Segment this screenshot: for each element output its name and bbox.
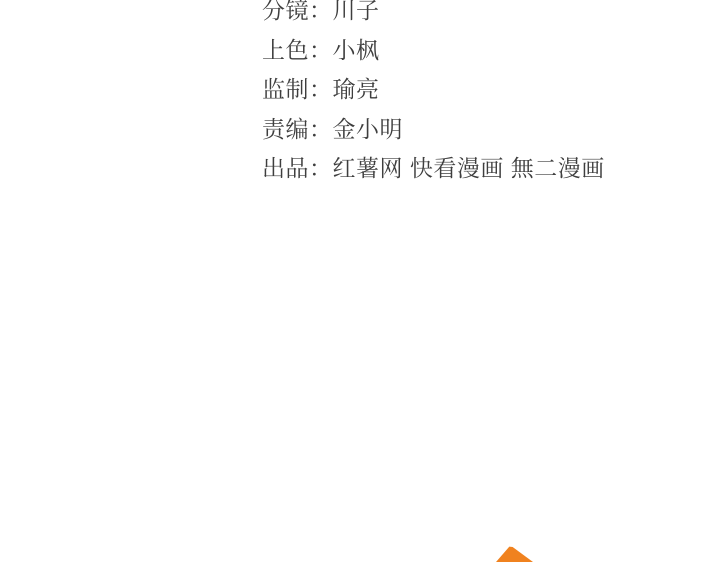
orange-triangle-icon	[496, 546, 533, 562]
credit-value: 红薯网 快看漫画 無二漫画	[333, 155, 605, 181]
credit-value: 瑜亮	[333, 76, 380, 102]
credit-label: 出品	[262, 155, 309, 181]
credit-row-coloring: 上色：小枫	[262, 31, 605, 71]
credit-colon: ：	[309, 0, 333, 23]
credit-row-supervisor: 监制：瑜亮	[262, 70, 605, 110]
credit-value: 小枫	[333, 37, 380, 63]
credit-row-storyboard: 分镜：川子	[262, 0, 605, 31]
credit-label: 上色	[262, 37, 309, 63]
credit-label: 责编	[262, 116, 309, 142]
credit-row-producer: 出品：红薯网 快看漫画 無二漫画	[262, 149, 605, 189]
credit-colon: ：	[309, 116, 333, 142]
credits-block: 分镜：川子 上色：小枫 监制：瑜亮 责编：金小明 出品：红薯网 快看漫画 無二漫…	[262, 0, 605, 189]
credit-value: 川子	[333, 0, 380, 23]
credit-label: 分镜	[262, 0, 309, 23]
credit-row-editor: 责编：金小明	[262, 110, 605, 150]
comic-page: 分镜：川子 上色：小枫 监制：瑜亮 责编：金小明 出品：红薯网 快看漫画 無二漫…	[0, 0, 720, 562]
credit-colon: ：	[309, 37, 333, 63]
credit-colon: ：	[309, 155, 333, 181]
credit-label: 监制	[262, 76, 309, 102]
credit-value: 金小明	[333, 116, 404, 142]
credit-colon: ：	[309, 76, 333, 102]
